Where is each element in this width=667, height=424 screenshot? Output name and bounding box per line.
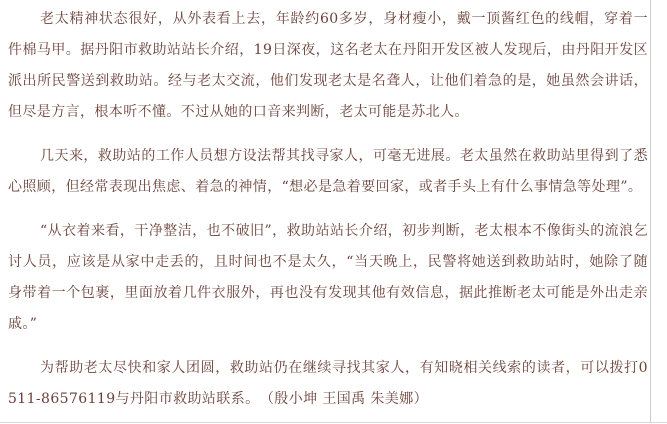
news-article-body: 老太精神状态很好，从外表看上去，年龄约60多岁，身材瘦小，戴一顶酱红色的线帽，穿…	[8, 0, 648, 424]
bottom-edge-divider	[0, 422, 667, 423]
article-paragraph: “从衣着来看，干净整洁，也不破旧”，救助站站长介绍，初步判断，老太根本不像街头的…	[8, 216, 648, 340]
article-paragraph: 老太精神状态很好，从外表看上去，年龄约60多岁，身材瘦小，戴一顶酱红色的线帽，穿…	[8, 4, 648, 128]
article-paragraph: 几天来，救助站的工作人员想方设法帮其找寻家人，可毫无进展。老太虽然在救助站里得到…	[8, 141, 648, 203]
right-column-divider	[650, 0, 651, 422]
article-paragraph: 为帮助老太尽快和家人团圆，救助站仍在继续寻找其家人，有知晓相关线索的读者，可以拨…	[8, 353, 648, 415]
